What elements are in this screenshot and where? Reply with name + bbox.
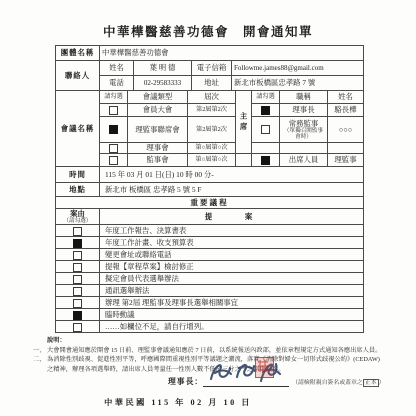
meeting-type: 理監事聯席會 bbox=[128, 117, 188, 143]
meeting-name-label: 會議名稱 bbox=[56, 91, 100, 167]
place-value: 新北市 板橋區 忠孝路 5 號 5 F bbox=[100, 183, 364, 197]
notice-form: 團體名稱 中華樺醫慈善功德會 聯絡人 姓名 葉 明 德 電子信箱 Followm… bbox=[55, 45, 363, 333]
agenda-item-text: 臨時動議 bbox=[100, 309, 364, 321]
attendees-value: 理監事 bbox=[328, 154, 364, 167]
chairman-signature-label: 理事長： bbox=[168, 377, 203, 386]
agenda-header-row: 案由（請勾選） 提 案 bbox=[56, 209, 364, 225]
agenda-table: 重要議程 案由（請勾選） 提 案 年度工作報告、決算書表 年度工作計畫、收支預算… bbox=[55, 196, 364, 333]
member-assembly-checkbox bbox=[109, 106, 118, 115]
meeting-header-row: 會議名稱 請勾選 會議類型 屆次 主席 請勾選 職稱 姓名 bbox=[56, 91, 364, 104]
empty-cell bbox=[236, 154, 252, 167]
org-contact-table: 團體名稱 中華樺醫慈善功德會 聯絡人 姓名 葉 明 德 電子信箱 Followm… bbox=[55, 45, 364, 91]
time-label: 時間 bbox=[56, 167, 100, 183]
agenda-row: 辦理 第2屆 理監事及理事長選舉相關事宜 bbox=[56, 297, 364, 309]
time-value: 115 年 03 月 01 日(日) 10 時 00 分- bbox=[100, 167, 364, 183]
case-header: 案由（請勾選） bbox=[56, 209, 100, 225]
empty-cell bbox=[328, 143, 364, 154]
agenda-checkbox bbox=[73, 239, 82, 248]
meeting-row-directors: 理事會 第○屆第○次 bbox=[56, 143, 364, 154]
chairman-signature bbox=[205, 355, 289, 389]
contact-name-value: 葉 明 德 bbox=[134, 61, 192, 76]
chair-title-header: 職稱 bbox=[280, 91, 328, 104]
supervisors-meeting-checkbox bbox=[109, 156, 118, 165]
contact-name-label: 姓名 bbox=[100, 61, 134, 76]
meeting-check-header: 請勾選 bbox=[100, 91, 128, 104]
page-title: 中華樺醫慈善功德會 開會通知單 bbox=[0, 0, 416, 40]
contact-label: 聯絡人 bbox=[56, 61, 100, 91]
agenda-item-text: 通訊選舉辦法 bbox=[100, 285, 364, 297]
chair-check-header: 請勾選 bbox=[252, 91, 280, 104]
chair-title-note: （單獨召開監事會時） bbox=[282, 128, 325, 140]
contact-email-value: Followme.james88@gmail.com bbox=[232, 61, 364, 76]
place-row: 地點 新北市 板橋區 忠孝路 5 號 5 F bbox=[56, 183, 364, 197]
meeting-row-joint-board: 理監事聯席會 第2屆第2次 常務監事（單獨召開監事會時） ○○○ bbox=[56, 117, 364, 143]
signature-line bbox=[203, 377, 289, 387]
directors-meeting-checkbox bbox=[109, 144, 118, 153]
document-date: 中華民國 115 年 02 月 10 日 bbox=[0, 397, 356, 408]
original-copy-box: 正本 bbox=[363, 379, 379, 387]
agenda-checkbox bbox=[73, 227, 82, 236]
agenda-row: 年度工作報告、決算書表 bbox=[56, 225, 364, 237]
meeting-type: 會員大會 bbox=[128, 104, 188, 117]
chairman-seal-stamp bbox=[255, 357, 274, 378]
meeting-row-supervisors: 監事會 第○屆第○次 出席人員 理監事 bbox=[56, 154, 364, 167]
contact-phone-value: 02-29583333 bbox=[134, 76, 192, 91]
agenda-item-text: 提報【章程草案】檢討修正 bbox=[100, 261, 364, 273]
empty-cell bbox=[280, 143, 328, 154]
meeting-session: 第2屆第2次 bbox=[188, 117, 236, 143]
time-place-table: 時間 115 年 03 月 01 日(日) 10 時 00 分- 地點 新北市 … bbox=[55, 166, 364, 197]
org-name-value: 中華樺醫慈善功德會 bbox=[100, 46, 364, 61]
time-row: 時間 115 年 03 月 01 日(日) 10 時 00 分- bbox=[56, 167, 364, 183]
meeting-session: 第○屆第○次 bbox=[188, 154, 236, 167]
chair-director-checkbox bbox=[261, 106, 270, 115]
case-subheader: （請勾選） bbox=[58, 218, 97, 224]
contact-row-2: 電話 02-29583333 地址 新北市板橋區忠孝路 7 號 bbox=[56, 76, 364, 91]
agenda-checkbox bbox=[73, 299, 82, 308]
contact-email-label: 電子信箱 bbox=[192, 61, 232, 76]
meeting-type-header: 會議類型 bbox=[128, 91, 188, 104]
agenda-item-text: 變更會址或聯絡電話 bbox=[100, 249, 364, 261]
agenda-row: 變更會址或聯絡電話 bbox=[56, 249, 364, 261]
chairman-label: 主席 bbox=[236, 91, 252, 154]
joint-board-checkbox bbox=[109, 125, 118, 134]
contact-row-1: 聯絡人 姓名 葉 明 德 電子信箱 Followme.james88@gmail… bbox=[56, 61, 364, 76]
agenda-row: 臨時動議 bbox=[56, 309, 364, 321]
agenda-row: 年度工作計畫、收支預算表 bbox=[56, 237, 364, 249]
contact-address-value: 新北市板橋區忠孝路 7 號 bbox=[232, 76, 364, 91]
agenda-checkbox bbox=[73, 263, 82, 272]
attendees-label: 出席人員 bbox=[280, 154, 328, 167]
agenda-item-text: 辦理 第2屆 理監事及理事長選舉相關事宜 bbox=[100, 297, 364, 309]
chair-name-header: 姓名 bbox=[328, 91, 364, 104]
proposal-header: 提 案 bbox=[100, 209, 364, 225]
agenda-checkbox bbox=[73, 287, 82, 296]
agenda-row: 提報【章程草案】檢討修正 bbox=[56, 261, 364, 273]
attendees-checkbox bbox=[261, 156, 270, 165]
agenda-checkbox bbox=[73, 275, 82, 284]
agenda-item-text: 擬定會員代表選舉辦法 bbox=[100, 273, 364, 285]
chair-title: 理事長 bbox=[280, 104, 328, 117]
chair-title: 常務監事（單獨召開監事會時） bbox=[280, 117, 328, 143]
agenda-row: 擬定會員代表選舉辦法 bbox=[56, 273, 364, 285]
meeting-session: 第○屆第○次 bbox=[188, 143, 236, 154]
org-row: 團體名稱 中華樺醫慈善功德會 bbox=[56, 46, 364, 61]
agenda-item-text: ……如欄位不足，請自行增列。 bbox=[100, 321, 364, 333]
agenda-row: 通訊選舉辦法 bbox=[56, 285, 364, 297]
meeting-type: 監事會 bbox=[128, 154, 188, 167]
signature-row: 理事長： （請檢附親自簽名或蓋章之正本） bbox=[168, 376, 416, 392]
meeting-row-general-assembly: 會員大會 第2屆第2次 理事長 駱長樺 bbox=[56, 104, 364, 117]
chair-name: ○○○ bbox=[328, 117, 364, 143]
empty-cell bbox=[252, 143, 280, 154]
notes-label: 說明： bbox=[47, 336, 385, 345]
org-name-label: 團體名稱 bbox=[56, 46, 100, 61]
signature-instruction: （請檢附親自簽名或蓋章之正本） bbox=[292, 379, 384, 387]
meeting-table: 會議名稱 請勾選 會議類型 屆次 主席 請勾選 職稱 姓名 會員大會 第2屆第2… bbox=[55, 90, 364, 167]
scanned-meeting-notice: 中華樺醫慈善功德會 開會通知單 團體名稱 中華樺醫慈善功德會 聯絡人 姓名 葉 … bbox=[0, 0, 416, 416]
meeting-type: 理事會 bbox=[128, 143, 188, 154]
agenda-checkbox bbox=[73, 323, 82, 332]
place-label: 地點 bbox=[56, 183, 100, 197]
contact-address-label: 地址 bbox=[192, 76, 232, 91]
agenda-section-title: 重要議程 bbox=[56, 197, 364, 209]
chair-name: 駱長樺 bbox=[328, 104, 364, 117]
chair-supervisor-checkbox bbox=[261, 125, 270, 134]
meeting-session-header: 屆次 bbox=[188, 91, 236, 104]
agenda-section-header: 重要議程 bbox=[56, 197, 364, 209]
agenda-checkbox bbox=[73, 311, 82, 320]
contact-phone-label: 電話 bbox=[100, 76, 134, 91]
agenda-item-text: 年度工作計畫、收支預算表 bbox=[100, 237, 364, 249]
agenda-item-text: 年度工作報告、決算書表 bbox=[100, 225, 364, 237]
agenda-checkbox bbox=[73, 251, 82, 260]
note-item-1: 一、 大會開會通知應於開會 15 日前、理監事會議通知應於 7 日前，以系統報送… bbox=[33, 346, 385, 355]
agenda-row: ……如欄位不足，請自行增列。 bbox=[56, 321, 364, 333]
meeting-session: 第2屆第2次 bbox=[188, 104, 236, 117]
